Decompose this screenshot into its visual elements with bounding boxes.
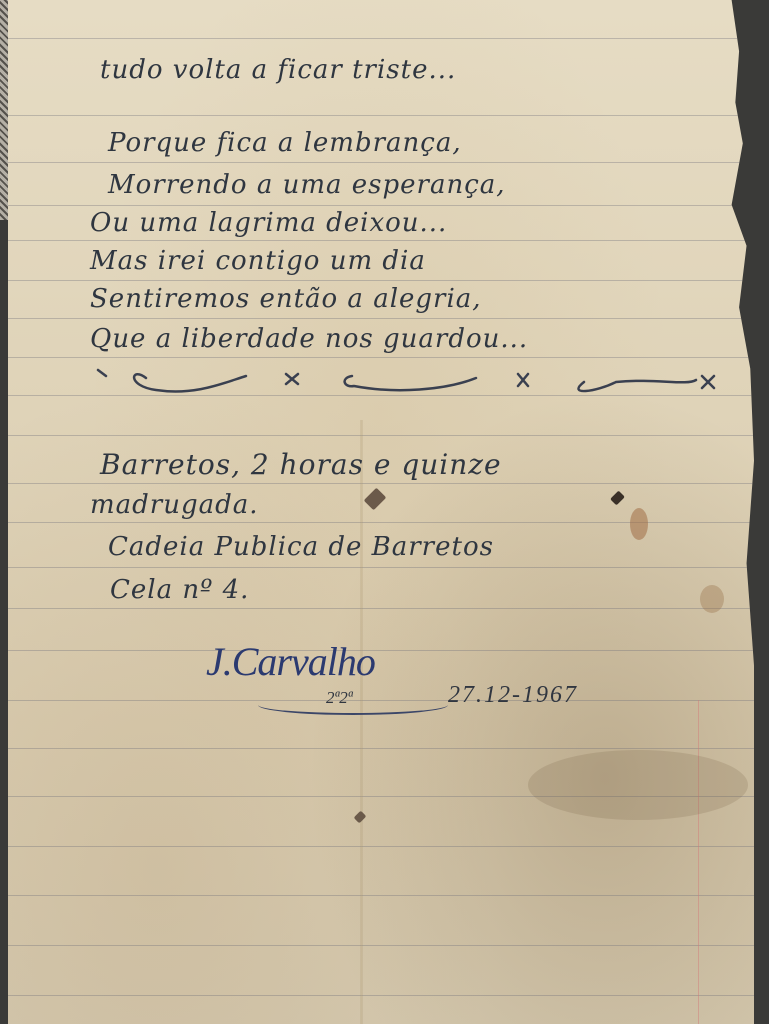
ornament-divider <box>96 362 736 398</box>
poem-line-3: Morrendo a uma esperança, <box>108 170 506 200</box>
ruled-line <box>8 748 754 749</box>
signature: J.Carvalho <box>206 638 375 685</box>
ruled-line <box>8 483 754 484</box>
signature-flourish <box>258 695 448 715</box>
paper-hole <box>610 491 625 506</box>
letter-paper: tudo volta a ficar triste... Porque fica… <box>8 0 754 1024</box>
signature-abbreviation: 2ª2ª <box>326 688 352 708</box>
letter-date: 27.12-1967 <box>448 682 578 709</box>
poem-line-4: Ou uma lagrima deixou... <box>90 208 447 238</box>
poem-line-5: Mas irei contigo um dia <box>90 246 426 276</box>
ruled-line <box>8 240 754 241</box>
paper-hole <box>364 488 387 511</box>
ruled-line <box>8 608 754 609</box>
ruled-line <box>8 38 754 39</box>
ruled-line <box>8 846 754 847</box>
ruled-line <box>8 650 754 651</box>
ruled-line <box>8 115 754 116</box>
stain <box>630 508 648 540</box>
ruled-line <box>8 162 754 163</box>
paper-hole <box>354 811 367 824</box>
paper-fold <box>360 420 363 1024</box>
poem-line-6: Sentiremos então a alegria, <box>90 284 482 314</box>
closing-line-4: Cela nº 4. <box>110 575 249 605</box>
stain <box>700 585 724 613</box>
ruled-line <box>8 895 754 896</box>
closing-line-2: madrugada. <box>90 490 259 520</box>
poem-line-1: tudo volta a ficar triste... <box>100 55 456 85</box>
ruled-line <box>8 995 754 996</box>
ruled-line <box>8 945 754 946</box>
poem-line-2: Porque fica a lembrança, <box>108 128 462 158</box>
poem-line-7: Que a liberdade nos guardou... <box>90 324 528 354</box>
ruled-line <box>8 567 754 568</box>
ruled-line <box>8 280 754 281</box>
closing-line-3: Cadeia Publica de Barretos <box>108 532 494 562</box>
stain <box>528 750 748 820</box>
ruled-line <box>8 357 754 358</box>
closing-line-1: Barretos, 2 horas e quinze <box>100 448 502 481</box>
ruled-line <box>8 205 754 206</box>
margin-line <box>698 700 699 1024</box>
ruled-line <box>8 435 754 436</box>
ruled-line <box>8 318 754 319</box>
